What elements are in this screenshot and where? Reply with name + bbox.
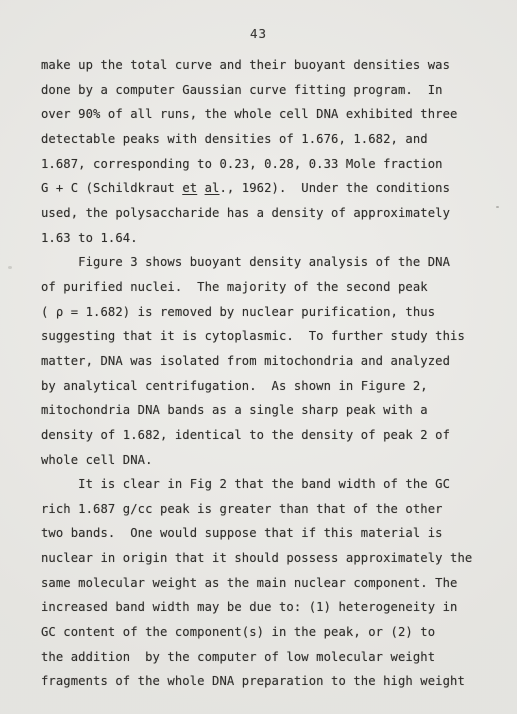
text-segment: ( ρ = 1.682) is removed by nuclear purif… [41, 305, 435, 319]
text-line: It is clear in Fig 2 that the band width… [41, 472, 487, 497]
text-segment: of purified nuclei. The majority of the … [41, 280, 428, 294]
text-segment: 1.687, corresponding to 0.23, 0.28, 0.33… [41, 157, 443, 171]
text-segment: matter, DNA was isolated from mitochondr… [41, 354, 450, 368]
text-line: suggesting that it is cytoplasmic. To fu… [41, 324, 487, 349]
text-line: matter, DNA was isolated from mitochondr… [41, 349, 487, 374]
text-line: used, the polysaccharide has a density o… [41, 201, 487, 226]
text-line: two bands. One would suppose that if thi… [41, 521, 487, 546]
text-segment: nuclear in origin that it should possess… [41, 551, 472, 565]
text-segment: rich 1.687 g/cc peak is greater than tha… [41, 502, 443, 516]
text-line: make up the total curve and their buoyan… [41, 53, 487, 78]
text-segment: whole cell DNA. [41, 453, 153, 467]
text-line: nuclear in origin that it should possess… [41, 546, 487, 571]
text-segment: GC content of the component(s) in the pe… [41, 625, 435, 639]
scanned-document-page: 43 make up the total curve and their buo… [0, 0, 517, 714]
text-segment: two bands. One would suppose that if thi… [41, 526, 443, 540]
text-line: 1.63 to 1.64. [41, 226, 487, 251]
text-line: 1.687, corresponding to 0.23, 0.28, 0.33… [41, 152, 487, 177]
text-line: G + C (Schildkraut et al., 1962). Under … [41, 176, 487, 201]
text-line: over 90% of all runs, the whole cell DNA… [41, 102, 487, 127]
text-segment: ., 1962). Under the conditions [220, 181, 451, 195]
text-segment: done by a computer Gaussian curve fittin… [41, 83, 443, 97]
text-line: by analytical centrifugation. As shown i… [41, 374, 487, 399]
text-segment [197, 181, 204, 195]
text-line: fragments of the whole DNA preparation t… [41, 669, 487, 694]
paper-speck [8, 266, 12, 269]
text-segment: by analytical centrifugation. As shown i… [41, 379, 428, 393]
text-lines: make up the total curve and their buoyan… [41, 53, 487, 694]
text-line: the addition by the computer of low mole… [41, 645, 487, 670]
text-line: whole cell DNA. [41, 448, 487, 473]
text-line: same molecular weight as the main nuclea… [41, 571, 487, 596]
underlined-text: al [205, 181, 220, 195]
text-segment: Figure 3 shows buoyant density analysis … [41, 255, 450, 269]
text-segment: used, the polysaccharide has a density o… [41, 206, 450, 220]
text-line: ( ρ = 1.682) is removed by nuclear purif… [41, 300, 487, 325]
text-segment: suggesting that it is cytoplasmic. To fu… [41, 329, 465, 343]
text-segment: mitochondria DNA bands as a single sharp… [41, 403, 428, 417]
text-segment: detectable peaks with densities of 1.676… [41, 132, 428, 146]
text-segment: over 90% of all runs, the whole cell DNA… [41, 107, 458, 121]
page-number: 43 [0, 26, 517, 41]
text-segment: 1.63 to 1.64. [41, 231, 138, 245]
text-segment: make up the total curve and their buoyan… [41, 58, 450, 72]
text-line: mitochondria DNA bands as a single sharp… [41, 398, 487, 423]
text-line: rich 1.687 g/cc peak is greater than tha… [41, 497, 487, 522]
text-segment: the addition by the computer of low mole… [41, 650, 435, 664]
text-line: density of 1.682, identical to the densi… [41, 423, 487, 448]
text-line: done by a computer Gaussian curve fittin… [41, 78, 487, 103]
text-segment: It is clear in Fig 2 that the band width… [41, 477, 450, 491]
text-line: GC content of the component(s) in the pe… [41, 620, 487, 645]
text-line: Figure 3 shows buoyant density analysis … [41, 250, 487, 275]
text-line: of purified nuclei. The majority of the … [41, 275, 487, 300]
text-segment: G + C (Schildkraut [41, 181, 182, 195]
underlined-text: et [182, 181, 197, 195]
text-segment: same molecular weight as the main nuclea… [41, 576, 458, 590]
text-line: increased band width may be due to: (1) … [41, 595, 487, 620]
paper-speck [496, 206, 499, 208]
text-segment: density of 1.682, identical to the densi… [41, 428, 450, 442]
text-segment: fragments of the whole DNA preparation t… [41, 674, 465, 688]
text-segment: increased band width may be due to: (1) … [41, 600, 458, 614]
text-line: detectable peaks with densities of 1.676… [41, 127, 487, 152]
